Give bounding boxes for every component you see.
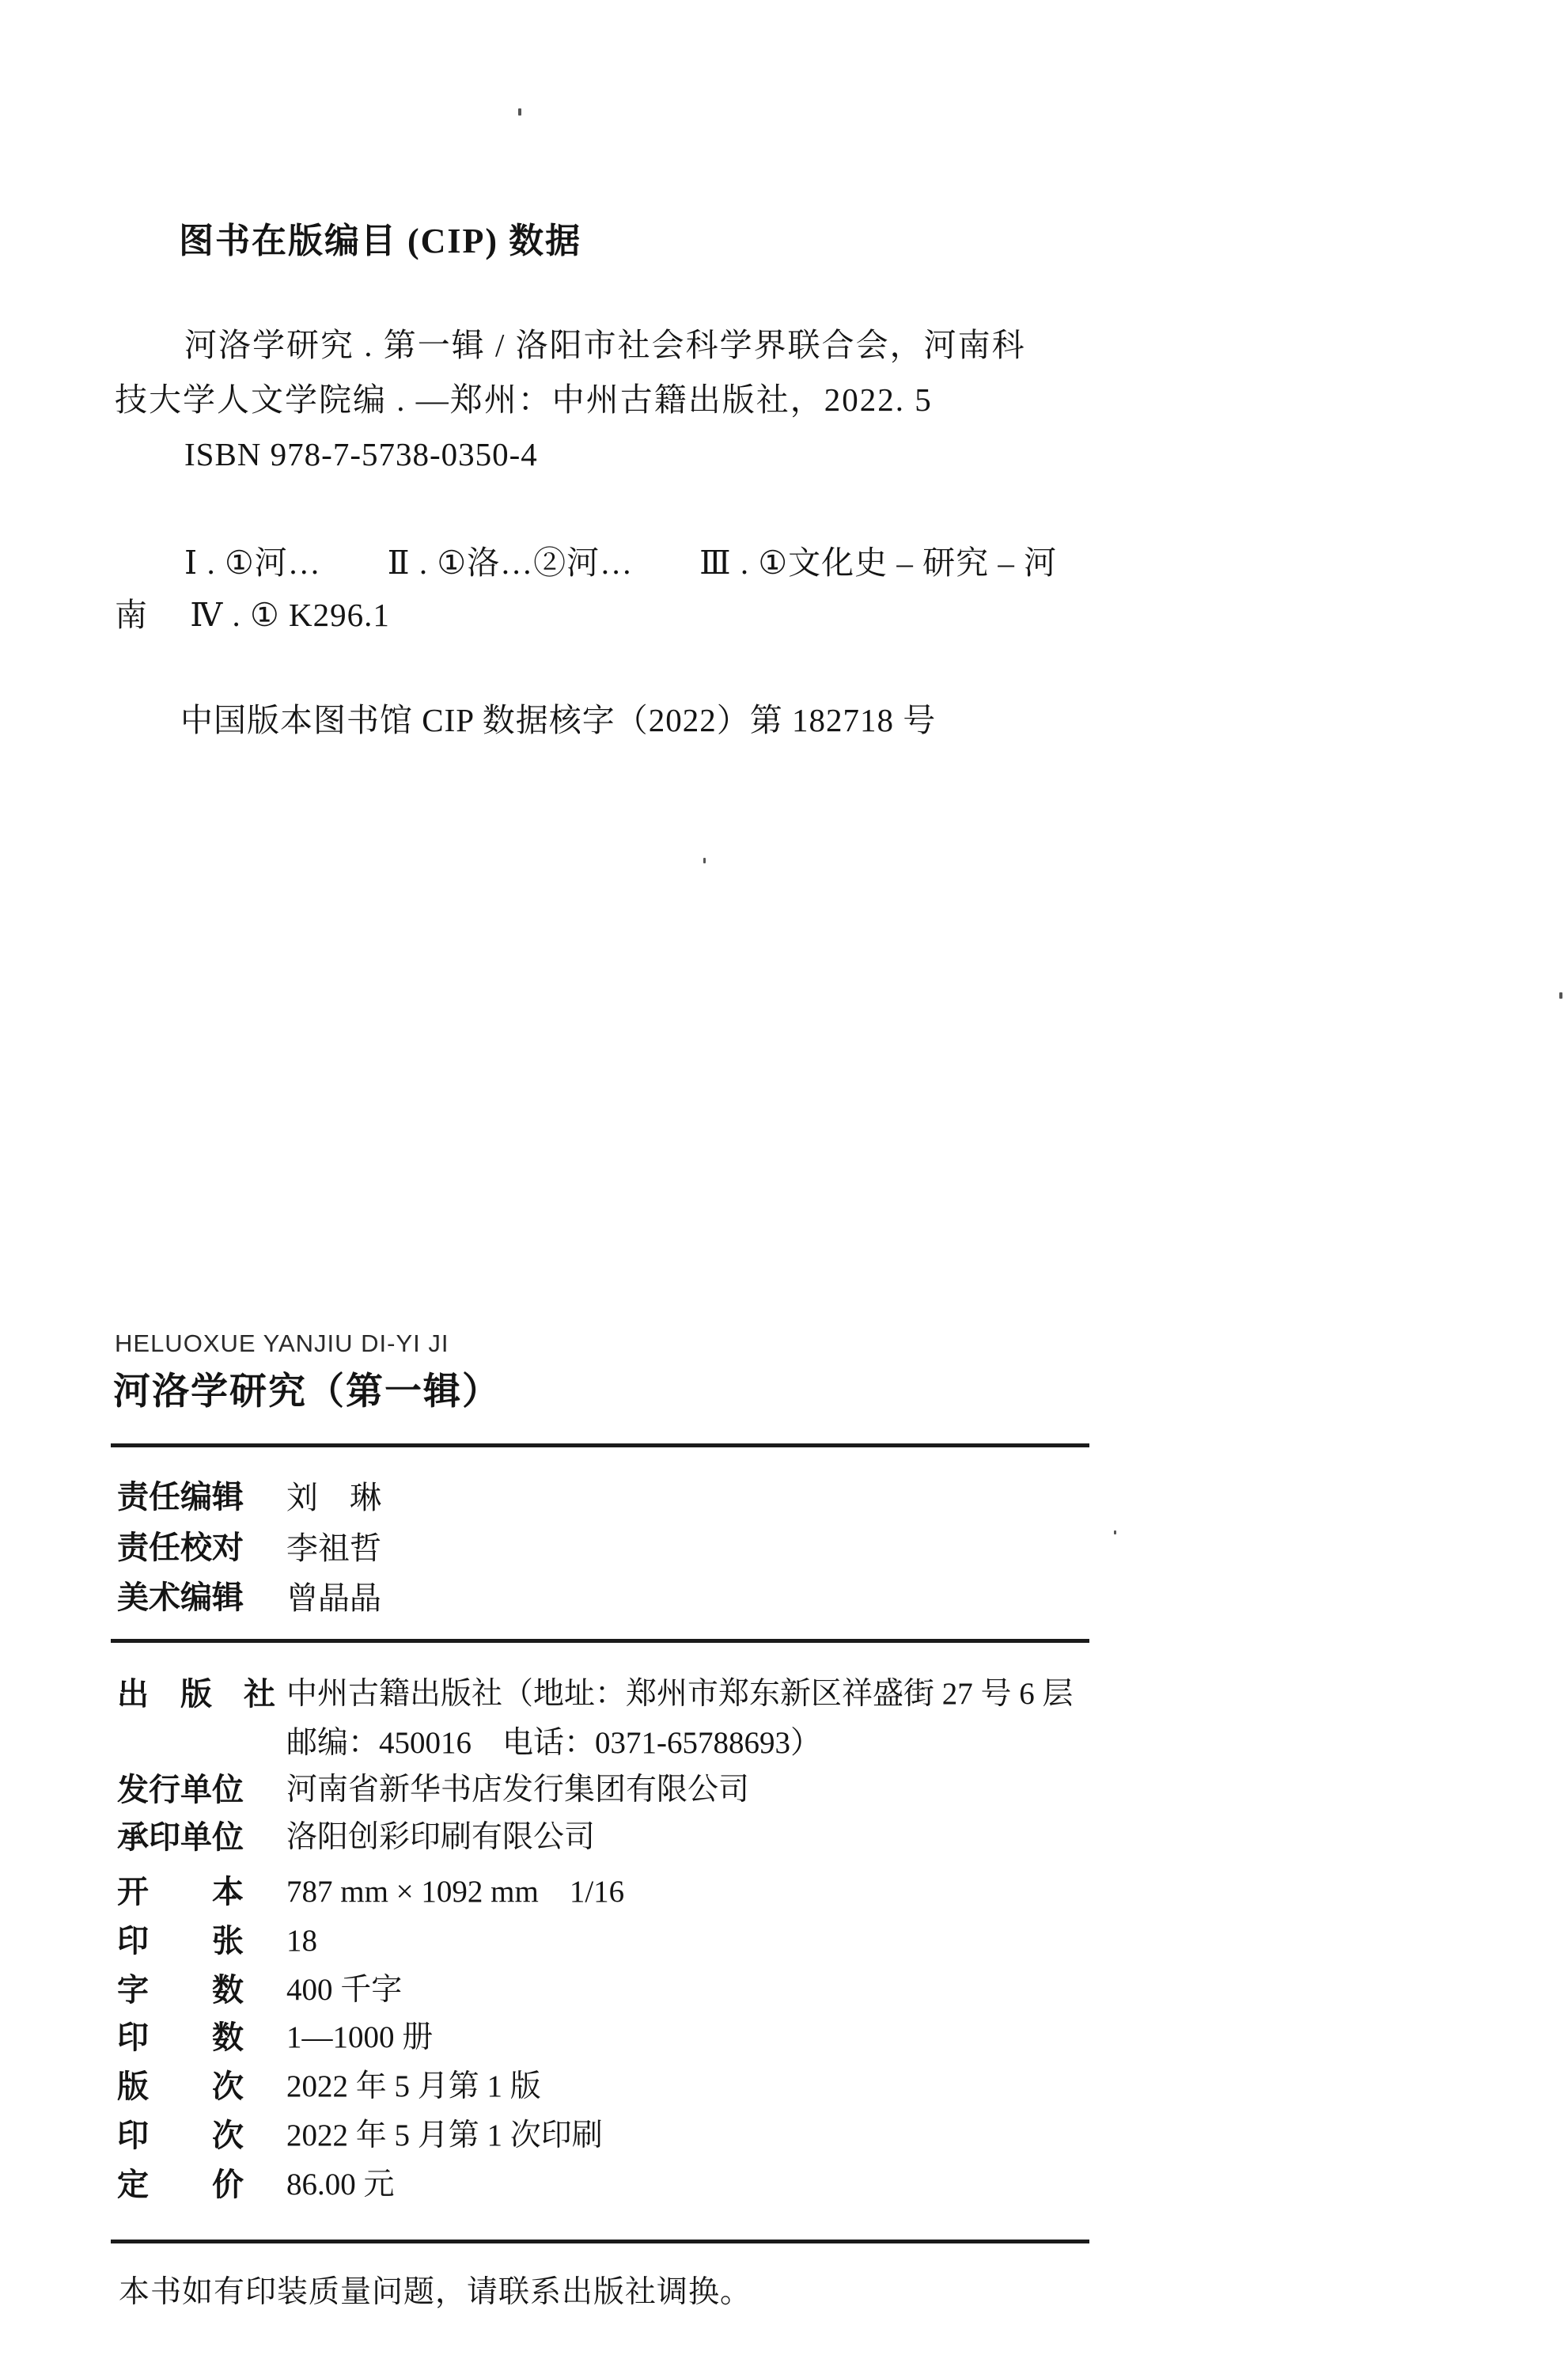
divider-rule-bottom [111,2240,1089,2243]
cip-entry-line2: 技大学人文学院编 . —郑州：中州古籍出版社，2022. 5 [115,382,933,417]
copyright-page: 图书在版编目 (CIP) 数据 河洛学研究 . 第一辑 / 洛阳市社会科学界联合… [0,0,1568,2378]
colophon-value: 2022 年 5 月第 1 次印刷 [286,2119,603,2152]
colophon-label: 印 张 [117,1925,244,1959]
colophon-label: 印 次 [117,2119,244,2153]
isbn-number: ISBN 978-7-5738-0350-4 [184,437,538,472]
colophon-value: 洛阳创彩印刷有限公司 [286,1821,595,1854]
colophon-label: 发行单位 [117,1773,244,1807]
divider-rule-top [111,1443,1089,1447]
cip-classification-line2: 南 Ⅳ . ① K296.1 [115,597,390,632]
staff-name: 刘 琳 [286,1481,381,1515]
colophon-value: 18 [286,1925,317,1958]
scan-artifact [1559,992,1562,999]
book-title-pinyin: HELUOXUE YANJIU DI-YI JI [115,1330,449,1356]
colophon-label: 出 版 社 [117,1678,275,1712]
colophon-label: 承印单位 [117,1821,244,1855]
colophon-value: 400 千字 [286,1974,402,2007]
colophon-label: 印 数 [117,2021,244,2055]
colophon-value: 787 mm × 1092 mm 1/16 [286,1875,624,1909]
staff-name: 曾晶晶 [286,1581,381,1615]
scan-artifact [703,858,706,863]
staff-label: 美术编辑 [117,1581,244,1615]
staff-label: 责任编辑 [117,1481,244,1515]
cip-record-number: 中国版本图书馆 CIP 数据核字（2022）第 182718 号 [180,703,936,738]
quality-notice: 本书如有印装质量问题，请联系出版社调换。 [119,2276,752,2309]
scan-artifact [1114,1530,1116,1534]
cip-classification-line1: Ⅰ . ①河… Ⅱ . ①洛…②河… Ⅲ . ①文化史 – 研究 – 河 [184,545,1057,580]
staff-label: 责任校对 [117,1531,244,1565]
colophon-label: 版 次 [117,2070,244,2104]
colophon-value: 2022 年 5 月第 1 版 [286,2070,541,2103]
colophon-value: 1—1000 册 [286,2021,433,2054]
cip-heading: 图书在版编目 (CIP) 数据 [179,222,581,260]
colophon-label: 字 数 [117,1974,244,2008]
colophon-value: 86.00 元 [286,2168,395,2202]
staff-name: 李祖哲 [286,1531,381,1565]
cip-entry-line1: 河洛学研究 . 第一辑 / 洛阳市社会科学界联合会，河南科 [184,328,1026,362]
scan-artifact [518,108,521,116]
book-title: 河洛学研究（第一辑） [113,1371,501,1412]
colophon-value: 中州古籍出版社（地址：郑州市郑东新区祥盛街 27 号 6 层 [286,1678,1074,1711]
colophon-value: 河南省新华书店发行集团有限公司 [286,1773,749,1807]
colophon-label: 定 价 [117,2168,244,2202]
divider-rule-middle [111,1639,1089,1643]
colophon-value-continued: 邮编：450016 电话：0371-65788693） [286,1727,821,1760]
colophon-label: 开 本 [117,1875,244,1910]
